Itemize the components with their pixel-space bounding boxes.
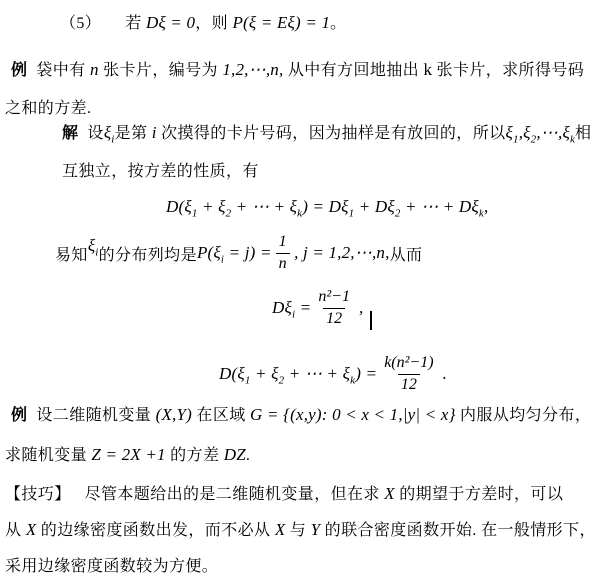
math-dz: DZ bbox=[224, 445, 246, 464]
fraction-k-n2-over-12: k(n²−1)12 bbox=[381, 355, 436, 394]
document-page: （5）若 Dξ = 0，则 P(ξ = Eξ) = 1。 例袋中有 n 张卡片，… bbox=[0, 0, 604, 588]
text-run: 互独立，按方差的性质，有 bbox=[62, 163, 259, 180]
example1-line1: 例袋中有 n 张卡片，编号为 1,2,⋯,n, 从中有方回地抽出 k 张卡片，求… bbox=[11, 59, 584, 82]
equation-variance-sum: D(ξ1 + ξ2 + ⋯ + ξk) = Dξ1 + Dξ2 + ⋯ + Dξ… bbox=[166, 197, 488, 217]
solution-line2: 互独立，按方差的性质，有 bbox=[62, 161, 259, 183]
text-run: 设二维随机变量 bbox=[36, 407, 155, 424]
fraction-numerator: n²−1 bbox=[315, 289, 353, 308]
fraction-numerator: k(n²−1) bbox=[381, 355, 436, 374]
fraction-one-over-n: 1n bbox=[276, 234, 290, 273]
text-run: 从 bbox=[5, 522, 26, 539]
solution-marker: 解 bbox=[62, 125, 78, 142]
math-x: X bbox=[384, 484, 395, 503]
math-expression: D(ξ1 + ξ2 + ⋯ + ξk) = Dξ1 + Dξ2 + ⋯ + Dξ… bbox=[166, 197, 488, 217]
text-run: 内服从均匀分布， bbox=[456, 407, 592, 424]
equation-dxi: Dξi = n²−112, bbox=[272, 286, 372, 330]
math-x: X bbox=[275, 520, 286, 539]
text-run: 的期望于方差时，可以 bbox=[395, 486, 563, 503]
math-dxi-equals: Dξi = bbox=[272, 298, 311, 318]
fraction-denominator: n bbox=[276, 253, 290, 273]
math-k: k bbox=[423, 60, 432, 79]
fraction-denominator: 12 bbox=[323, 308, 345, 328]
math-p-equals: P(ξi = j) = bbox=[197, 243, 272, 263]
equation-tail: , bbox=[359, 298, 363, 318]
math-n: n bbox=[90, 60, 99, 79]
item-number: （5） bbox=[60, 15, 101, 32]
equation-variance-result: D(ξ1 + ξ2 + ⋯ + ξk) = k(n²−1)12. bbox=[219, 350, 447, 398]
text-run: 与 bbox=[285, 522, 310, 539]
text-run: 张卡片，求所得号码 bbox=[432, 62, 584, 79]
math-z-equals: Z = 2X +1 bbox=[91, 445, 165, 464]
math-x: X bbox=[26, 520, 37, 539]
text-run: 从中有方回地抽出 bbox=[283, 62, 423, 79]
math-p-xi-exi: P(ξ = Eξ) = 1 bbox=[232, 13, 330, 32]
solution-line1: 解设ξi是第 i 次摸得的卡片号码，因为抽样是有放回的，所以ξ1,ξ2,⋯,ξk… bbox=[62, 122, 591, 145]
text-run: 设 bbox=[87, 125, 103, 142]
math-j-range: , j = 1,2,⋯,n, bbox=[294, 243, 390, 263]
text-run: 求随机变量 bbox=[5, 447, 91, 464]
tip-label: 【技巧】 bbox=[5, 486, 71, 503]
math-sequence: 1,2,⋯,n, bbox=[222, 60, 283, 79]
text-run: 从而 bbox=[390, 242, 423, 265]
math-xy-pair: (X,Y) bbox=[156, 405, 192, 424]
math-region-g: G = {(x,y): 0 < x < 1,|y| < x} bbox=[250, 405, 456, 424]
example-marker: 例 bbox=[11, 407, 27, 424]
math-xi-i: ξi bbox=[104, 123, 115, 142]
equation-tail: . bbox=[443, 364, 447, 384]
text-run: 是第 bbox=[115, 125, 152, 142]
math-d-sum-equals: D(ξ1 + ξ2 + ⋯ + ξk) = bbox=[219, 364, 377, 384]
text-cursor bbox=[370, 311, 372, 330]
distribution-line: 易知ξi的分布列均是 P(ξi = j) = 1n, j = 1,2,⋯,n, … bbox=[55, 233, 422, 273]
example-marker: 例 bbox=[11, 62, 27, 79]
math-xi-i: ξi bbox=[88, 236, 99, 256]
text-run: 张卡片，编号为 bbox=[99, 62, 223, 79]
fraction-numerator: 1 bbox=[276, 234, 290, 253]
tip-line3: 采用边缘密度函数较为方便。 bbox=[5, 556, 218, 578]
text-run: 尽管本题给出的是二维随机变量，但在求 bbox=[85, 486, 385, 503]
example1-line2: 之和的方差. bbox=[5, 98, 91, 120]
tip-line1: 【技巧】尽管本题给出的是二维随机变量，但在求 X 的期望于方差时，可以 bbox=[5, 483, 563, 506]
text-run: 若 bbox=[125, 15, 146, 32]
example2-line1: 例设二维随机变量 (X,Y) 在区域 G = {(x,y): 0 < x < 1… bbox=[11, 404, 591, 427]
text-run: ，则 bbox=[195, 15, 232, 32]
math-y: Y bbox=[311, 520, 321, 539]
text-run: 采用边缘密度函数较为方便。 bbox=[5, 558, 218, 575]
text-run: . bbox=[246, 447, 250, 464]
math-xi-list: ξ1,ξ2,⋯,ξk bbox=[506, 123, 576, 142]
text-run: 的分布列均是 bbox=[99, 242, 197, 265]
text-run: 在区域 bbox=[192, 407, 250, 424]
text-run: 之和的方差. bbox=[5, 100, 91, 117]
text-run: 袋中有 bbox=[36, 62, 90, 79]
text-run: 的边缘密度函数出发，而不必从 bbox=[36, 522, 274, 539]
text-run: 。 bbox=[330, 15, 346, 32]
text-run: 相 bbox=[575, 125, 591, 142]
text-run: 的联合密度函数开始. 在一般情形下， bbox=[320, 522, 596, 539]
example2-line2: 求随机变量 Z = 2X +1 的方差 DZ. bbox=[5, 444, 250, 467]
fraction-denominator: 12 bbox=[398, 374, 420, 394]
text-run: 次摸得的卡片号码，因为抽样是有放回的，所以 bbox=[157, 125, 506, 142]
text-run: 易知 bbox=[55, 242, 88, 265]
fraction-n2-minus-1-over-12: n²−112 bbox=[315, 289, 353, 328]
math-d-xi-zero: Dξ = 0 bbox=[146, 13, 195, 32]
text-run: 的方差 bbox=[166, 447, 224, 464]
item-5-line: （5）若 Dξ = 0，则 P(ξ = Eξ) = 1。 bbox=[60, 12, 347, 35]
tip-line2: 从 X 的边缘密度函数出发，而不必从 X 与 Y 的联合密度函数开始. 在一般情… bbox=[5, 519, 596, 542]
